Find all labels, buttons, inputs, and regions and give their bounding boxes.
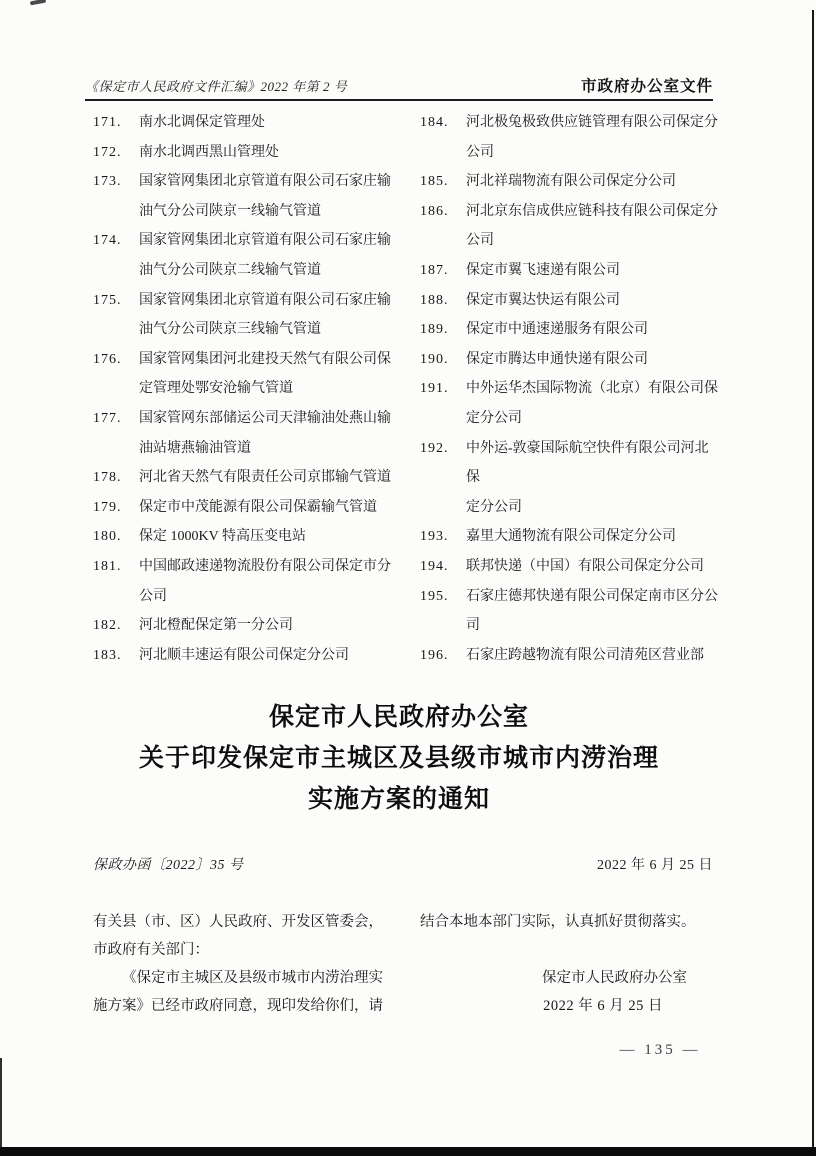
scan-smudge <box>30 0 46 5</box>
item-number: 189. <box>420 315 466 345</box>
body-line: 结合本地本部门实际，认真抓好贯彻落实。 <box>420 908 713 936</box>
item-number: 179. <box>93 493 139 523</box>
list-item: 186.河北京东信成供应链科技有限公司保定分公司 <box>420 197 720 256</box>
page-number: — 135 — <box>560 1042 760 1059</box>
body-line: 施方案》已经市政府同意，现印发给你们，请 <box>93 992 417 1020</box>
body-line: 有关县（市、区）人民政府、开发区管委会， <box>93 908 417 936</box>
scan-edge-bottom <box>0 1147 816 1156</box>
item-text: 保定市腾达申通快递有限公司 <box>466 352 648 367</box>
list-item: 191.中外运华杰国际物流（北京）有限公司保定分公司 <box>420 374 720 433</box>
item-text: 石家庄德邦快递有限公司保定南市区分公司 <box>466 589 718 634</box>
item-number: 177. <box>93 404 139 434</box>
item-text: 保定市中通速递服务有限公司 <box>466 322 648 337</box>
item-number: 192. <box>420 434 466 464</box>
signature-org: 保定市人民政府办公室 <box>420 964 713 992</box>
item-text: 国家管网东部储运公司天津输油处燕山输油站塘燕输油管道 <box>139 411 391 456</box>
item-number: 186. <box>420 197 466 227</box>
item-number: 193. <box>420 522 466 552</box>
page-header: 《保定市人民政府文件汇编》2022 年第 2 号 市政府办公室文件 <box>85 74 713 96</box>
list-item: 189.保定市中通速递服务有限公司 <box>420 315 720 345</box>
list-item: 188.保定市翼达快运有限公司 <box>420 286 720 316</box>
list-item: 176.国家管网集团河北建投天然气有限公司保定管理处鄂安沧输气管道 <box>93 345 415 404</box>
scan-edge-right <box>812 10 814 1150</box>
doc-date: 2022 年 6 月 25 日 <box>597 854 713 874</box>
list-column-left: 171.南水北调保定管理处172.南水北调西黑山管理处173.国家管网集团北京管… <box>93 108 415 670</box>
item-text: 国家管网集团北京管道有限公司石家庄输油气分公司陕京三线输气管道 <box>139 293 391 338</box>
list-item: 172.南水北调西黑山管理处 <box>93 138 415 168</box>
doc-number: 保政办函〔2022〕35 号 <box>93 854 244 874</box>
list-item: 179.保定市中茂能源有限公司保霸输气管道 <box>93 493 415 523</box>
item-number: 195. <box>420 582 466 612</box>
document-title-line: 关于印发保定市主城区及县级市城市内涝治理 <box>85 738 713 779</box>
item-number: 174. <box>93 226 139 256</box>
body-column-right: 结合本地本部门实际，认真抓好贯彻落实。 保定市人民政府办公室 2022 年 6 … <box>420 908 713 1020</box>
signature-block: 保定市人民政府办公室 2022 年 6 月 25 日 <box>420 964 713 1020</box>
body-line: 市政府有关部门： <box>93 936 417 964</box>
list-item: 182.河北橙配保定第一分公司 <box>93 611 415 641</box>
list-item: 187.保定市翼飞速递有限公司 <box>420 256 720 286</box>
item-number: 175. <box>93 286 139 316</box>
item-text: 南水北调保定管理处 <box>139 115 265 130</box>
list-item: 183.河北顺丰速运有限公司保定分公司 <box>93 641 415 671</box>
item-text: 河北橙配保定第一分公司 <box>139 618 293 633</box>
header-compilation-title: 《保定市人民政府文件汇编》2022 年第 2 号 <box>85 76 347 95</box>
body-line: 《保定市主城区及县级市城市内涝治理实 <box>93 964 417 992</box>
item-text: 河北极兔极致供应链管理有限公司保定分公司 <box>466 115 718 160</box>
document-title-line: 保定市人民政府办公室 <box>85 697 713 738</box>
item-number: 173. <box>93 167 139 197</box>
item-number: 188. <box>420 286 466 316</box>
list-item: 190.保定市腾达申通快递有限公司 <box>420 345 720 375</box>
item-text: 国家管网集团北京管道有限公司石家庄输油气分公司陕京二线输气管道 <box>139 233 391 278</box>
item-number: 176. <box>93 345 139 375</box>
list-column-right: 184.河北极兔极致供应链管理有限公司保定分公司185.河北祥瑞物流有限公司保定… <box>420 108 720 670</box>
list-item: 195.石家庄德邦快递有限公司保定南市区分公司 <box>420 582 720 641</box>
item-text: 嘉里大通物流有限公司保定分公司 <box>466 529 676 544</box>
list-item: 178.河北省天然气有限责任公司京邯输气管道 <box>93 463 415 493</box>
item-number: 181. <box>93 552 139 582</box>
item-number: 185. <box>420 167 466 197</box>
item-text: 国家管网集团河北建投天然气有限公司保定管理处鄂安沧输气管道 <box>139 352 391 397</box>
signature-date: 2022 年 6 月 25 日 <box>420 992 713 1020</box>
list-item: 181.中国邮政速递物流股份有限公司保定市分公司 <box>93 552 415 611</box>
list-item: 184.河北极兔极致供应链管理有限公司保定分公司 <box>420 108 720 167</box>
item-number: 183. <box>93 641 139 671</box>
item-text: 河北顺丰速运有限公司保定分公司 <box>139 648 349 663</box>
item-number: 187. <box>420 256 466 286</box>
list-item: 174.国家管网集团北京管道有限公司石家庄输油气分公司陕京二线输气管道 <box>93 226 415 285</box>
list-item: 177.国家管网东部储运公司天津输油处燕山输油站塘燕输油管道 <box>93 404 415 463</box>
item-number: 194. <box>420 552 466 582</box>
item-text: 联邦快递（中国）有限公司保定分公司 <box>466 559 704 574</box>
item-text: 河北京东信成供应链科技有限公司保定分公司 <box>466 204 718 249</box>
item-text: 保定市中茂能源有限公司保霸输气管道 <box>139 500 377 515</box>
item-number: 171. <box>93 108 139 138</box>
doc-meta-row: 保政办函〔2022〕35 号 2022 年 6 月 25 日 <box>93 854 713 874</box>
list-item: 180.保定 1000KV 特高压变电站 <box>93 522 415 552</box>
list-item: 171.南水北调保定管理处 <box>93 108 415 138</box>
item-text: 河北省天然气有限责任公司京邯输气管道 <box>139 470 391 485</box>
item-text: 保定市翼达快运有限公司 <box>466 293 620 308</box>
item-text: 中外运-敦豪国际航空快件有限公司河北保定分公司 <box>466 441 709 515</box>
list-item: 173.国家管网集团北京管道有限公司石家庄输油气分公司陕京一线输气管道 <box>93 167 415 226</box>
item-text: 保定市翼飞速递有限公司 <box>466 263 620 278</box>
header-doc-category: 市政府办公室文件 <box>581 74 713 96</box>
item-text: 保定 1000KV 特高压变电站 <box>139 529 306 544</box>
item-number: 178. <box>93 463 139 493</box>
item-text: 南水北调西黑山管理处 <box>139 145 279 160</box>
scan-edge-left <box>0 1058 2 1150</box>
item-number: 191. <box>420 374 466 404</box>
item-text: 河北祥瑞物流有限公司保定分公司 <box>466 174 676 189</box>
list-item: 192.中外运-敦豪国际航空快件有限公司河北保定分公司 <box>420 434 720 523</box>
item-number: 184. <box>420 108 466 138</box>
list-item: 194.联邦快递（中国）有限公司保定分公司 <box>420 552 720 582</box>
list-item: 196.石家庄跨越物流有限公司清苑区营业部 <box>420 641 720 671</box>
document-title-line: 实施方案的通知 <box>85 779 713 820</box>
list-item: 185.河北祥瑞物流有限公司保定分公司 <box>420 167 720 197</box>
list-item: 193.嘉里大通物流有限公司保定分公司 <box>420 522 720 552</box>
item-text: 国家管网集团北京管道有限公司石家庄输油气分公司陕京一线输气管道 <box>139 174 391 219</box>
item-number: 196. <box>420 641 466 671</box>
body-column-left: 有关县（市、区）人民政府、开发区管委会，市政府有关部门：《保定市主城区及县级市城… <box>93 908 417 1020</box>
document-page: 《保定市人民政府文件汇编》2022 年第 2 号 市政府办公室文件 171.南水… <box>0 0 816 1156</box>
item-number: 182. <box>93 611 139 641</box>
item-number: 172. <box>93 138 139 168</box>
item-text: 中国邮政速递物流股份有限公司保定市分公司 <box>139 559 391 604</box>
document-title: 保定市人民政府办公室关于印发保定市主城区及县级市城市内涝治理实施方案的通知 <box>85 697 713 820</box>
item-number: 190. <box>420 345 466 375</box>
header-rule <box>85 99 713 101</box>
item-text: 中外运华杰国际物流（北京）有限公司保定分公司 <box>466 381 718 426</box>
item-text: 石家庄跨越物流有限公司清苑区营业部 <box>466 648 704 663</box>
item-number: 180. <box>93 522 139 552</box>
list-item: 175.国家管网集团北京管道有限公司石家庄输油气分公司陕京三线输气管道 <box>93 286 415 345</box>
